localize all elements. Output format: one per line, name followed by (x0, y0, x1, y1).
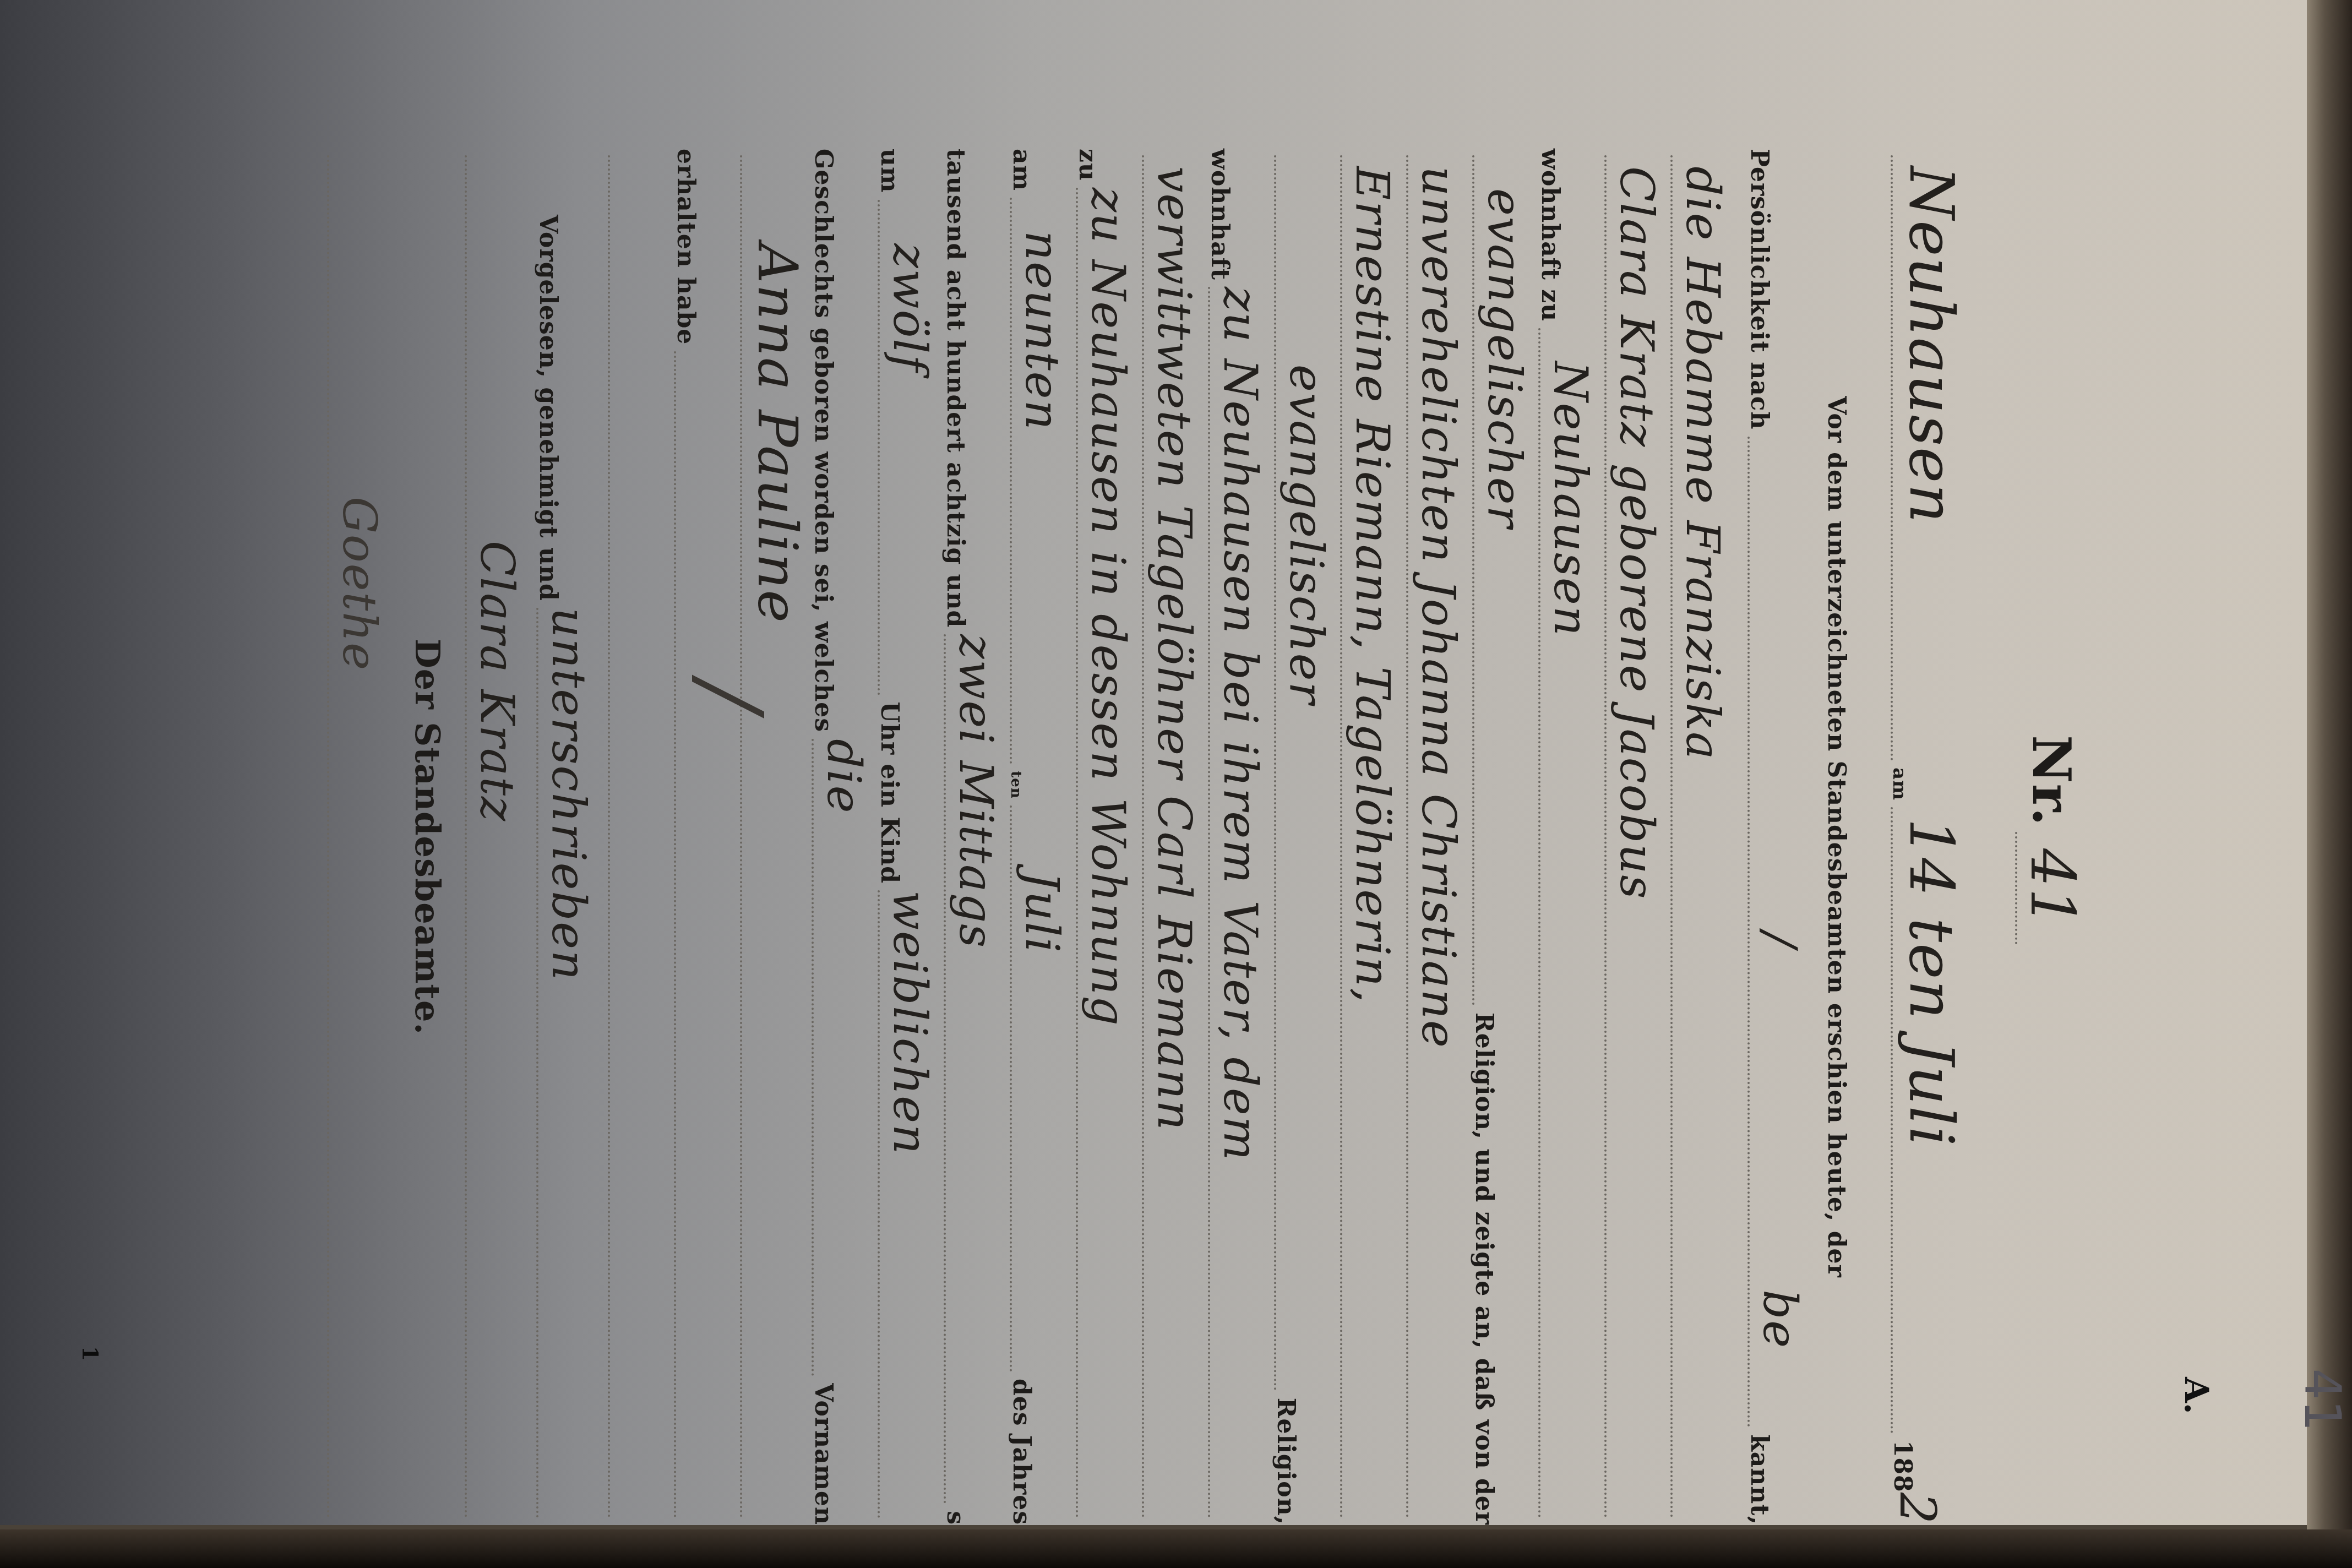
mother-religion-value: evangelischer (1280, 364, 1333, 705)
birth-day-value: neunten (1015, 231, 1069, 431)
record-number-value: 41 (2015, 832, 2088, 944)
vornamen-article-value: die (817, 739, 871, 814)
mother-line-1: unverehelichten Johanna Christiane (1412, 166, 1466, 1049)
birth-day-field: neunten (1010, 198, 1078, 764)
identity-value: / (1753, 932, 1807, 949)
official-signature: Goethe (333, 497, 386, 671)
extra-row-2: zu zu Neuhausen in dessen Wohnung (1068, 149, 1134, 1525)
birth-hour-value: zwölf (883, 244, 937, 373)
official-signature-row: Goethe (319, 149, 385, 1525)
birth-year-row: tausend acht hundert achtzig und zwei Mi… (936, 149, 1002, 1525)
religion-value: evangelischer (1478, 188, 1532, 529)
extra-field-2: zu Neuhausen in dessen Wohnung (1076, 188, 1144, 1518)
read-approved-row: Vorgelesen, genehmigt und unterschrieben (529, 149, 595, 1525)
informant-line-2: Clara Kratz geborene Jacobus (1610, 166, 1664, 900)
date-field: 14 ten Juli (1891, 807, 1986, 1434)
gender-row: Geschlechts geboren worden sei, welches … (804, 149, 870, 1525)
sex-field: weiblichen (878, 890, 946, 1518)
received-row: erhalten habe / (666, 149, 732, 1525)
extra-line-2: zu Neuhausen in dessen Wohnung (1081, 188, 1135, 1027)
mother-residence-field: zu Neuhausen bei ihrem Vater, dem (1208, 287, 1276, 1518)
informant-signature-row: Clara Kratz (457, 149, 523, 1525)
extra-line-1: verwittweten Tagelöhner Carl Riemann (1147, 166, 1201, 1131)
received-field: / (674, 351, 742, 1518)
religion-field: evangelischer (1472, 155, 1540, 1006)
birth-hour-row: um zwölf Uhr ein Kind weiblichen (870, 149, 936, 1525)
read-approved-value: unterschrieben (542, 608, 596, 981)
informant-line-1: die Hebamme Franziska (1676, 166, 1730, 760)
official-title-row: Der Standesbeamte. (402, 149, 451, 1525)
informant-row-1: die Hebamme Franziska (1663, 149, 1729, 1525)
identity-row: Persönlichkeit nach / be kannt, (1740, 149, 1806, 1525)
mother-field-1: unverehelichten Johanna Christiane (1406, 155, 1474, 1518)
mother-row-2: Ernestine Riemann, Tagelöhnerin, (1332, 149, 1398, 1525)
birth-year-value: zwei Mittags (949, 634, 1003, 949)
year-written: 2 (1888, 1493, 1946, 1525)
identity-label: Persönlichkeit nach (1740, 149, 1773, 430)
birth-hour-field: zwölf (878, 200, 946, 695)
identity-suffix-written: be (1753, 1290, 1807, 1349)
place-field: Neuhausen (1891, 155, 1986, 761)
informant-field-1: die Hebamme Franziska (1670, 155, 1739, 1518)
mother-line-2: Ernestine Riemann, Tagelöhnerin, (1346, 166, 1400, 1004)
pencil-page-number: 41 (2293, 1368, 2351, 1431)
official-title: Der Standesbeamte. (402, 639, 448, 1035)
read-approved-field: unterschrieben (536, 608, 605, 1518)
mother-residence-row: wohnhaft zu Neuhausen bei ihrem Vater, d… (1200, 149, 1266, 1525)
birth-month-field: Juli (1010, 805, 1078, 1372)
intro-row: Vor dem unterzeichneten Standesbeamten e… (1817, 149, 1866, 1525)
record-number-row: Nr. 41 (2015, 149, 2081, 1525)
religion-row: evangelischer Religion, und zeigte an, d… (1464, 149, 1531, 1525)
birth-date-row: am neunten ten Juli des Jahres (1002, 149, 1068, 1525)
mother-residence-value: zu Neuhausen bei ihrem Vater, dem (1213, 287, 1267, 1161)
intro-text: Vor dem unterzeichneten Standesbeamten e… (1817, 396, 1850, 1277)
extra-field-1: verwittweten Tagelöhner Carl Riemann (1142, 155, 1210, 1518)
blank-field (608, 155, 676, 1518)
blank-row (600, 149, 666, 1525)
mother-row-1: unverehelichten Johanna Christiane (1398, 149, 1464, 1525)
child-names: Anna Pauline (745, 243, 810, 624)
informant-signature-field: Clara Kratz (465, 155, 533, 1518)
official-signature-field: Goethe (327, 155, 395, 1518)
identity-field: / be (1747, 437, 1816, 1428)
vornamen-label: Vornamen (804, 1383, 837, 1525)
date-prefix: am (1883, 767, 1910, 801)
record-number-label: Nr. (2015, 735, 2083, 826)
place-date-row: Neuhausen am 14 ten Juli 188 2 (1883, 149, 1977, 1525)
birth-year-field: zwei Mittags (944, 634, 1012, 1504)
mother-religion-row: evangelischer Religion, (1266, 149, 1332, 1525)
year-printed: 188 (1883, 1440, 1917, 1493)
residence-value: Neuhausen (1544, 361, 1598, 637)
page-footer-number: 1 (77, 1346, 103, 1362)
informant-signature: Clara Kratz (470, 541, 524, 822)
read-approved-label: Vorgelesen, genehmigt und (529, 215, 562, 601)
names-row: Anna Pauline (732, 149, 798, 1525)
am-label: am (1002, 149, 1036, 191)
page-marker: A. (2177, 1377, 2215, 1414)
place-value: Neuhausen (1896, 166, 1967, 524)
informant-field-2: Clara Kratz geborene Jacobus (1604, 155, 1673, 1518)
residence-row: wohnhaft zu Neuhausen (1531, 149, 1597, 1525)
um-label: um (870, 149, 903, 193)
received-value: / (679, 682, 782, 712)
mother-field-2: Ernestine Riemann, Tagelöhnerin, (1340, 155, 1408, 1518)
mother-religion-field: evangelischer (1274, 155, 1342, 1391)
informant-row-2: Clara Kratz geborene Jacobus (1597, 149, 1663, 1525)
extra-row-1: verwittweten Tagelöhner Carl Riemann (1134, 149, 1200, 1525)
identity-suffix-printed: kannt, (1740, 1434, 1773, 1525)
vornamen-article-field: die (812, 739, 880, 1376)
birth-record-form: Nr. 41 Neuhausen am 14 ten Juli 188 2 Vo… (292, 149, 2081, 1525)
page-bottom-edge (0, 1529, 2352, 1568)
extra-line-2-prefix: zu (1068, 149, 1102, 181)
date-value: 14 ten Juli (1896, 818, 1967, 1147)
names-field: Anna Pauline (740, 155, 808, 1518)
book-spine (2307, 0, 2352, 1568)
sex-value: weiblichen (883, 890, 937, 1155)
birth-month-value: Juli (1015, 872, 1069, 954)
residence-field: Neuhausen (1538, 328, 1607, 1518)
